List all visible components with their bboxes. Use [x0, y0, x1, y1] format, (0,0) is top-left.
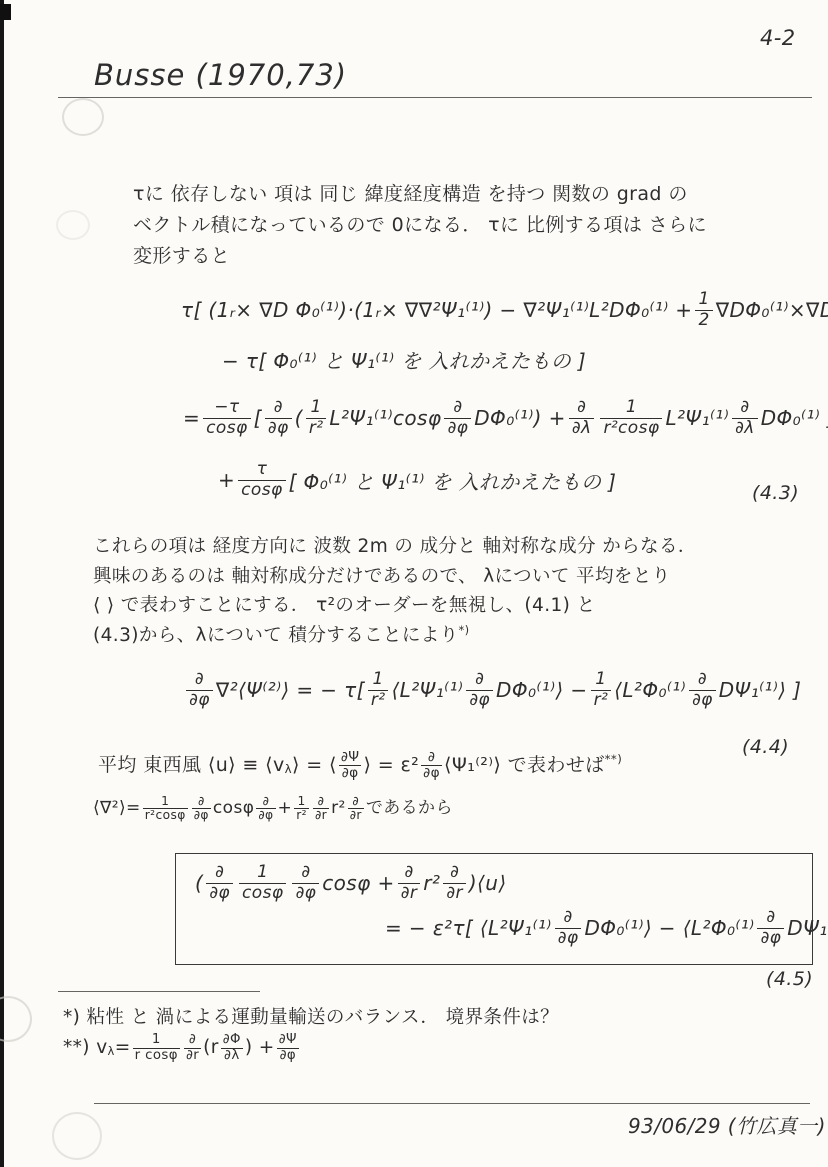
footnote-rule	[58, 991, 260, 992]
eq-fragment: 1cosφ	[239, 863, 286, 903]
eq-fragment: ∂	[256, 795, 275, 809]
paragraph-line: (4.3)から、λについて 積分することにより*)	[93, 621, 697, 653]
paragraph-averaging: これらの項は 経度方向に 波数 2m の 成分と 軸対称な成分 からなる． 興味…	[93, 532, 697, 652]
laplacian-operator-line: ⟨∇²⟩= 1r²cosφ ∂∂φ cosφ∂∂φ + 1r²∂∂rr²∂∂r …	[93, 793, 453, 824]
scanned-note-page: 4-2 Busse (1970,73) τに 依存しない 項は 同じ 緯度経度構…	[0, 0, 828, 1167]
eq-fragment: ∂	[265, 398, 292, 419]
eq-fragment: ∂φ	[339, 766, 362, 781]
eq-fragment: ∂Φ∂λ	[221, 1033, 243, 1063]
eq-fragment: cosφ	[238, 481, 285, 501]
eq-fragment: ∂φ	[206, 884, 233, 904]
eq-fragment: ∂∂φ	[292, 863, 319, 903]
paragraph-line: ⟨ ⟩ で表わすことにする． τ²のオーダーを無視し、(4.1) と	[93, 591, 697, 621]
eq-fragment: ∂	[757, 908, 784, 929]
hole-punch-mark	[0, 996, 32, 1042]
eq-fragment: 1	[368, 670, 389, 691]
eq-fragment: ∂Ψ∂φ	[339, 750, 362, 781]
eq-fragment: ∂	[184, 1033, 201, 1049]
eq-fragment: ∂∂φ	[421, 750, 442, 781]
eq-fragment: ∂φ	[466, 691, 493, 711]
eq-fragment: ∂λ	[732, 419, 758, 439]
equation-4-3-line-2: + τcosφ[ Φ₀⁽¹⁾ と Ψ₁⁽¹⁾ を 入れかえたもの ]	[218, 460, 616, 500]
eq-fragment: ∂φ	[256, 809, 275, 822]
eq-fragment: ∂∂φ	[206, 863, 233, 903]
eq-fragment: ∂φ	[444, 419, 471, 439]
eq-fragment: ∂∂r	[443, 863, 466, 903]
eq-fragment: ∂φ	[757, 929, 784, 949]
eq-fragment: ∂∂r	[398, 863, 421, 903]
eq-fragment: τ	[238, 460, 285, 481]
eq-fragment: ∂∂φ	[757, 908, 784, 948]
hole-punch-mark	[56, 210, 90, 240]
eq-fragment: 1r²	[591, 670, 612, 710]
eq-fragment: ∂	[398, 863, 421, 884]
eq-fragment: ∂∂r	[313, 795, 329, 823]
footnote-viscosity-balance: *) 粘性 と 渦による運動量輸送のバランス． 境界条件は？	[63, 1003, 559, 1033]
equation-tau-line-2: − τ[ Φ₀⁽¹⁾ と Ψ₁⁽¹⁾ を 入れかえたもの ]	[222, 345, 586, 374]
eq-fragment: r²	[591, 691, 612, 711]
eq-fragment: 1r²	[368, 670, 389, 710]
page-title: Busse (1970,73)	[94, 58, 347, 92]
eq-fragment: ∂	[421, 750, 442, 766]
eq-fragment: ∂∂φ	[256, 795, 275, 823]
eq-fragment: 1	[143, 795, 188, 809]
eq-fragment: ∂∂φ	[192, 795, 211, 823]
eq-fragment: ∂	[292, 863, 319, 884]
eq-fragment: ∂∂r	[348, 795, 364, 823]
eq-fragment: ∂∂φ	[186, 670, 213, 710]
equation-4-5-label: (4.5)	[766, 968, 813, 990]
eq-fragment: 1	[294, 795, 309, 809]
footnote-velocity-definition: **) vλ = 1r cosφ ∂∂r(r∂Φ∂λ) + ∂Ψ∂φ	[63, 1033, 301, 1063]
eq-fragment: ∂	[313, 795, 329, 809]
eq-fragment: ∂φ	[277, 1049, 299, 1064]
eq-fragment: λ	[108, 1037, 115, 1067]
eq-fragment: 12	[695, 290, 712, 330]
paragraph-line: ベクトル積になっているので 0になる． τに 比例する項は さらに	[133, 210, 707, 241]
eq-fragment: ∂	[443, 863, 466, 884]
eq-fragment: 1	[695, 290, 712, 311]
eq-fragment: ∂	[732, 398, 758, 419]
eq-fragment: 1	[591, 670, 612, 691]
eq-fragment: 1r²	[294, 795, 309, 823]
paragraph-line: τに 依存しない 項は 同じ 緯度経度構造 を持つ 関数の grad の	[133, 179, 707, 210]
eq-fragment: −τcosφ	[203, 398, 250, 438]
eq-fragment: ∂∂φ	[555, 908, 582, 948]
eq-fragment: ∂φ	[421, 766, 442, 781]
eq-fragment: ∂r	[443, 884, 466, 904]
title-underline	[58, 97, 812, 98]
eq-fragment: ∂λ	[221, 1049, 243, 1064]
eq-fragment: 1	[306, 398, 327, 419]
eq-fragment: ∂	[555, 908, 582, 929]
eq-fragment: ∂r	[398, 884, 421, 904]
equation-4-5-line-1: (∂∂φ 1cosφ ∂∂φ cosφ + ∂∂r r²∂∂r)⟨u⟩	[195, 863, 507, 903]
scan-corner-notch	[0, 4, 11, 20]
eq-fragment: ∂r	[348, 809, 364, 822]
eq-fragment: ∂∂λ	[732, 398, 758, 438]
eq-fragment: τcosφ	[238, 460, 285, 500]
eq-fragment: ∂	[569, 398, 595, 419]
eq-fragment: ∂Ψ	[277, 1033, 299, 1049]
paragraph-line: 興味のあるのは 軸対称成分だけであるので、 λについて 平均をとり	[93, 562, 697, 592]
eq-fragment: 1r²cosφ	[143, 795, 188, 823]
date-signature: 93/06/29 (竹広真一)	[628, 1110, 826, 1139]
eq-fragment: **)	[605, 744, 623, 775]
eq-fragment: ∂∂φ	[444, 398, 471, 438]
eq-fragment: ∂Ψ∂φ	[277, 1033, 299, 1063]
eq-fragment: r cosφ	[133, 1049, 180, 1064]
equation-4-4: ∂∂φ ∇²⟨Ψ⁽²⁾⟩ = − τ[ 1r²⟨L²Ψ₁⁽¹⁾∂∂φDΦ₀⁽¹⁾…	[183, 670, 801, 710]
eq-fragment: ∂r	[313, 809, 329, 822]
eq-fragment: ∂φ	[689, 691, 716, 711]
eq-fragment: ∂φ	[292, 884, 319, 904]
eq-fragment: ∂	[192, 795, 211, 809]
eq-fragment: r²cosφ	[143, 809, 188, 822]
equation-4-5-line-2: = − ε²τ[ ⟨L²Ψ₁⁽¹⁾∂∂φDΦ₀⁽¹⁾⟩ − ⟨L²Φ₀⁽¹⁾∂∂…	[385, 908, 828, 948]
eq-fragment: cosφ	[203, 419, 250, 439]
eq-fragment: 1	[133, 1033, 180, 1049]
paragraph-line: 変形すると	[133, 241, 707, 272]
eq-fragment: ∂	[186, 670, 213, 691]
eq-fragment: r²	[294, 809, 309, 822]
eq-fragment: ∂r	[184, 1049, 201, 1064]
mean-zonal-wind-line: 平均 東西風 ⟨u⟩ ≡ ⟨vλ⟩ = ⟨∂Ψ∂φ⟩ = ε²∂∂φ⟨Ψ₁⁽²⁾…	[98, 750, 622, 781]
eq-fragment: ∂∂φ	[689, 670, 716, 710]
eq-fragment: r²	[306, 419, 327, 439]
equation-4-3-label: (4.3)	[752, 482, 799, 504]
eq-fragment: 2	[695, 311, 712, 331]
eq-fragment: ∂φ	[555, 929, 582, 949]
eq-fragment: cosφ	[239, 884, 286, 904]
equation-tau-line-1: τ[ (1ᵣ× ∇D Φ₀⁽¹⁾)·(1ᵣ× ∇∇²Ψ₁⁽¹⁾) − ∇²Ψ₁⁽…	[181, 290, 828, 330]
page-number: 4-2	[760, 26, 796, 50]
eq-fragment: ∂∂λ	[569, 398, 595, 438]
bottom-rule	[94, 1103, 810, 1104]
eq-fragment: 1	[600, 398, 662, 419]
eq-fragment: 1	[239, 863, 286, 884]
eq-fragment: ∂	[206, 863, 233, 884]
eq-fragment: ∂	[689, 670, 716, 691]
equation-4-4-label: (4.4)	[742, 736, 789, 758]
eq-fragment: r²cosφ	[600, 419, 662, 439]
eq-fragment: ∂φ	[192, 809, 211, 822]
equation-4-3-line-1: = −τcosφ[ ∂∂φ(1r²L²Ψ₁⁽¹⁾cosφ ∂∂φDΦ₀⁽¹⁾) …	[183, 398, 828, 438]
eq-fragment: ∂∂φ	[265, 398, 292, 438]
eq-fragment: r²	[368, 691, 389, 711]
eq-fragment: −τ	[203, 398, 250, 419]
eq-fragment: ∂	[444, 398, 471, 419]
scan-edge-bar	[0, 0, 4, 1167]
eq-fragment: 1r cosφ	[133, 1033, 180, 1063]
hole-punch-mark	[62, 98, 104, 136]
eq-fragment: 1r²	[306, 398, 327, 438]
eq-fragment: λ	[285, 754, 292, 785]
paragraph-line: これらの項は 経度方向に 波数 2m の 成分と 軸対称な成分 からなる．	[93, 532, 697, 562]
eq-fragment: *)	[459, 623, 470, 637]
eq-fragment: ∂∂φ	[466, 670, 493, 710]
paragraph-tau-terms: τに 依存しない 項は 同じ 緯度経度構造 を持つ 関数の grad の ベクト…	[133, 179, 707, 272]
eq-fragment: ∂Ψ	[339, 750, 362, 766]
hole-punch-mark	[52, 1112, 102, 1160]
eq-fragment: ∂Φ	[221, 1033, 243, 1049]
eq-fragment: ∂	[466, 670, 493, 691]
eq-fragment: ∂λ	[569, 419, 595, 439]
eq-fragment: ∂φ	[186, 691, 213, 711]
eq-fragment: ∂φ	[265, 419, 292, 439]
eq-fragment: 1r²cosφ	[600, 398, 662, 438]
eq-fragment: ∂∂r	[184, 1033, 201, 1063]
eq-fragment: ∂	[348, 795, 364, 809]
